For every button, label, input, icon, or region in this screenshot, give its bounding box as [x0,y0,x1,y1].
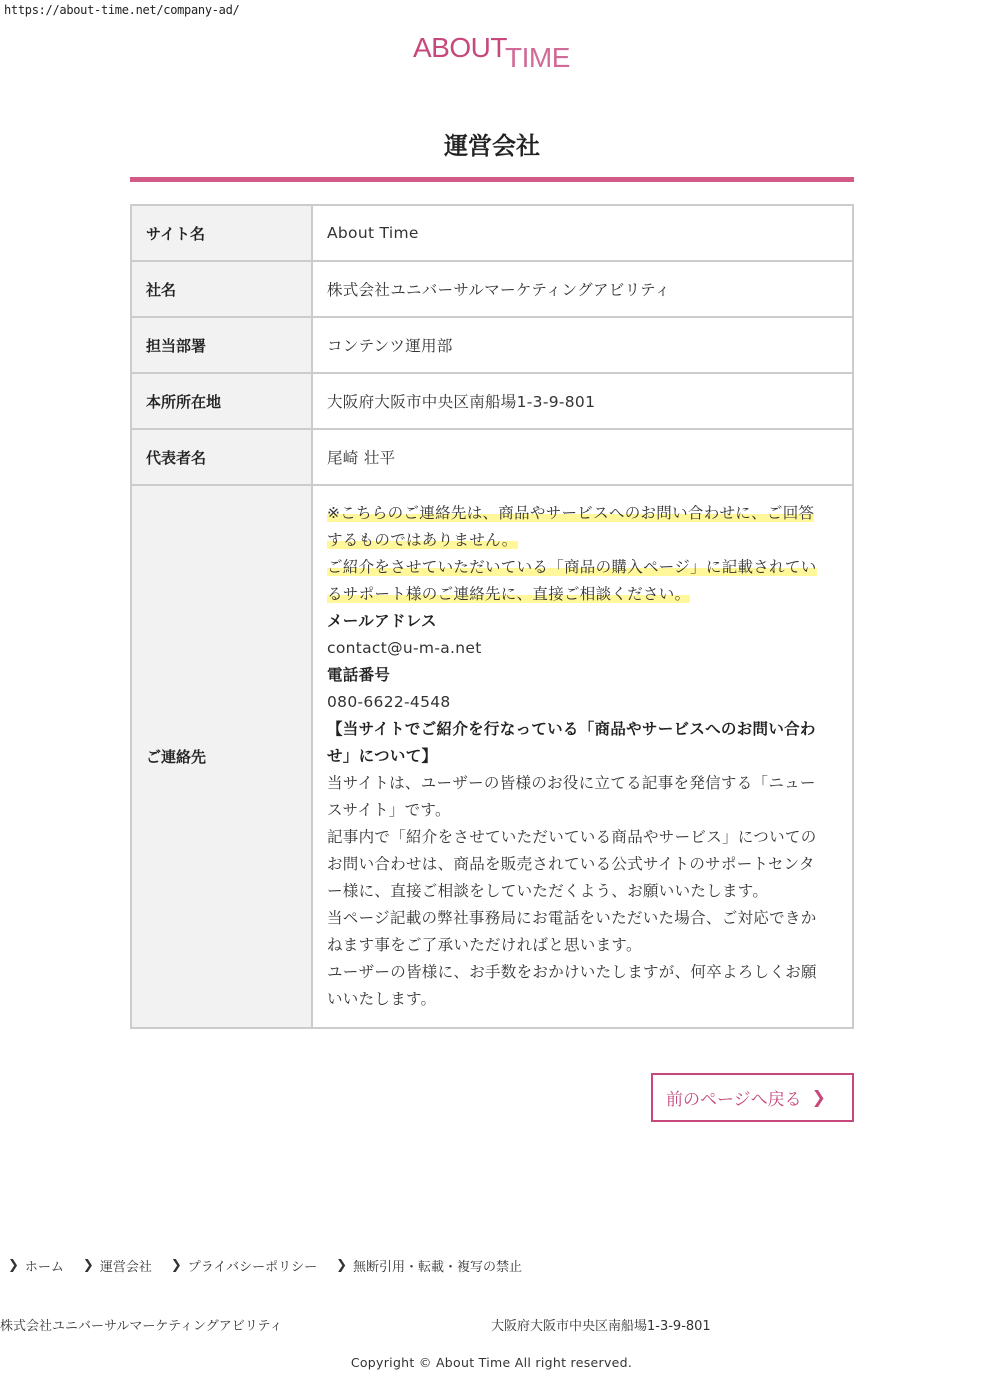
footer-nav: ❯ ホーム ❯ 運営会社 ❯ プライバシーポリシー ❯ 無断引用・転載・複写の禁… [8,1256,541,1275]
title-divider [130,177,854,182]
row-label-department: 担当部署 [131,317,312,373]
table-row: サイト名 About Time [131,205,853,261]
footer-link-label: ホーム [25,1256,64,1275]
row-label-representative: 代表者名 [131,429,312,485]
row-value-site-name: About Time [312,205,853,261]
footer-address: 大阪府大阪市中央区南船場1-3-9-801 [491,1315,711,1334]
footer-link-no-reproduction[interactable]: ❯ 無断引用・転載・複写の禁止 [336,1256,522,1275]
logo-time-text: TIME [505,42,570,74]
back-button-label: 前のページへ戻る [666,1085,802,1110]
chevron-right-icon: ❯ [171,1258,182,1273]
row-value-address: 大阪府大阪市中央区南船場1-3-9-801 [312,373,853,429]
page-url: https://about-time.net/company-ad/ [4,3,239,17]
table-row: 社名 株式会社ユニバーサルマーケティングアビリティ [131,261,853,317]
chevron-right-icon: ❯ [83,1258,94,1273]
footer-link-privacy-policy[interactable]: ❯ プライバシーポリシー [171,1256,317,1275]
logo-about-text: ABOUT [413,32,507,64]
row-value-department: コンテンツ運用部 [312,317,853,373]
footer-link-label: 無断引用・転載・複写の禁止 [353,1256,522,1275]
copyright: Copyright © About Time All right reserve… [0,1355,983,1370]
footer-link-company[interactable]: ❯ 運営会社 [83,1256,152,1275]
company-info-table: サイト名 About Time 社名 株式会社ユニバーサルマーケティングアビリテ… [130,204,854,1029]
site-logo[interactable]: ABOUT TIME [413,32,573,72]
row-value-company-name: 株式会社ユニバーサルマーケティングアビリティ [312,261,853,317]
inquiry-paragraph-3: 当ページ記載の弊社事務局にお電話をいただいた場合、ご対応できかねます事をご了承い… [327,905,822,959]
footer-link-label: 運営会社 [100,1256,152,1275]
email-value[interactable]: contact@u-m-a.net [327,635,822,662]
footer-link-label: プライバシーポリシー [188,1256,317,1275]
phone-value: 080-6622-4548 [327,689,822,716]
back-to-previous-page-button[interactable]: 前のページへ戻る ❯ [651,1073,854,1122]
footer-link-home[interactable]: ❯ ホーム [8,1256,64,1275]
inquiry-section-heading: 【当サイトでご紹介を行なっている「商品やサービスへのお問い合わせ」について】 [327,716,822,770]
table-row: 代表者名 尾崎 壮平 [131,429,853,485]
table-row: 担当部署 コンテンツ運用部 [131,317,853,373]
row-value-contact: ※こちらのご連絡先は、商品やサービスへのお問い合わせに、ご回答するものではありま… [312,485,853,1028]
row-label-contact: ご連絡先 [131,485,312,1028]
chevron-right-icon: ❯ [8,1258,19,1273]
table-row: ご連絡先 ※こちらのご連絡先は、商品やサービスへのお問い合わせに、ご回答するもの… [131,485,853,1028]
contact-notice-1: ※こちらのご連絡先は、商品やサービスへのお問い合わせに、ご回答するものではありま… [327,504,814,549]
row-value-representative: 尾崎 壮平 [312,429,853,485]
inquiry-paragraph-1: 当サイトは、ユーザーの皆様のお役に立てる記事を発信する「ニュースサイト」です。 [327,770,822,824]
chevron-right-icon: ❯ [812,1088,826,1108]
page-title: 運営会社 [130,126,854,161]
email-label: メールアドレス [327,608,822,635]
footer-company-name: 株式会社ユニバーサルマーケティングアビリティ [0,1315,283,1334]
phone-label: 電話番号 [327,662,822,689]
inquiry-paragraph-4: ユーザーの皆様に、お手数をおかけいたしますが、何卒よろしくお願いいたします。 [327,959,822,1013]
contact-notice-2: ご紹介をさせていただいている「商品の購入ページ」に記載されているサポート様のご連… [327,558,817,603]
row-label-company-name: 社名 [131,261,312,317]
inquiry-paragraph-2: 記事内で「紹介をさせていただいている商品やサービス」についてのお問い合わせは、商… [327,824,822,905]
table-row: 本所所在地 大阪府大阪市中央区南船場1-3-9-801 [131,373,853,429]
row-label-site-name: サイト名 [131,205,312,261]
chevron-right-icon: ❯ [336,1258,347,1273]
row-label-address: 本所所在地 [131,373,312,429]
